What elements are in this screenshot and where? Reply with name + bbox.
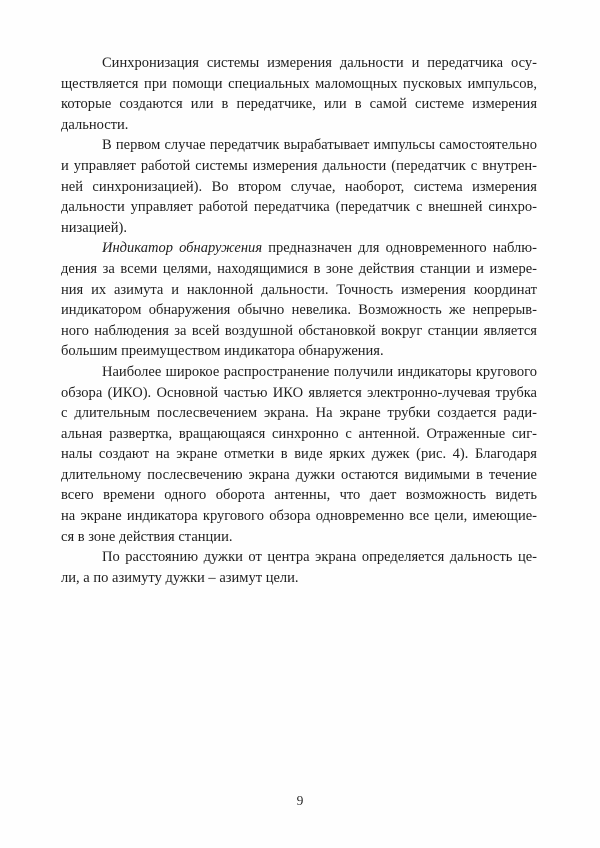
paragraph-synchronization: Синхронизация системы измерения дальност… <box>61 53 537 135</box>
text-line: По расстоянию дужки от центра экрана опр… <box>61 547 537 568</box>
text-line: с длительным послесвечением экрана. На э… <box>61 403 537 424</box>
text-line: на экране индикатора кругового обзора од… <box>61 506 537 527</box>
text-line: длительному послесвечению экрана дужки о… <box>61 465 537 486</box>
text-line: альная развертка, вращающаяся синхронно … <box>61 424 537 445</box>
document-page: Синхронизация системы измерения дальност… <box>0 0 600 848</box>
text-line: Синхронизация системы измерения дальност… <box>61 53 537 74</box>
text-run: предназначен для одновременного наблю- <box>262 240 537 256</box>
text-line: дальности. <box>61 115 537 136</box>
text-line: большим преимуществом индикатора обнаруж… <box>61 341 537 362</box>
text-line: и управляет работой системы измерения да… <box>61 156 537 177</box>
text-line: Индикатор обнаружения предназначен для о… <box>61 238 537 259</box>
page-number: 9 <box>0 793 600 809</box>
text-line: ней синхронизацией). Во втором случае, н… <box>61 177 537 198</box>
text-line: ществляется при помощи специальных малом… <box>61 74 537 95</box>
text-line: низацией). <box>61 218 537 239</box>
text-line: Наиболее широкое распространение получил… <box>61 362 537 383</box>
text-line: обзора (ИКО). Основной частью ИКО являет… <box>61 383 537 404</box>
paragraph-detection-indicator: Индикатор обнаружения предназначен для о… <box>61 238 537 362</box>
text-line: всего времени одного оборота антенны, чт… <box>61 485 537 506</box>
text-line: В первом случае передатчик вырабатывает … <box>61 135 537 156</box>
text-block: Синхронизация системы измерения дальност… <box>61 53 537 588</box>
term-emphasis: Индикатор обнаружения <box>102 240 262 256</box>
text-line: дальности управляет работой передатчика … <box>61 197 537 218</box>
text-line: ся в зоне действия станции. <box>61 527 537 548</box>
text-line: ли, а по азимуту дужки – азимут цели. <box>61 568 537 589</box>
text-line: ния их азимута и наклонной дальности. То… <box>61 280 537 301</box>
text-line: дения за всеми целями, находящимися в зо… <box>61 259 537 280</box>
text-line: индикатором обнаружения обычно невелика.… <box>61 300 537 321</box>
text-line: налы создают на экране отметки в виде яр… <box>61 444 537 465</box>
paragraph-iko: Наиболее широкое распространение получил… <box>61 362 537 547</box>
paragraph-internal-external-sync: В первом случае передатчик вырабатывает … <box>61 135 537 238</box>
text-line: которые создаются или в передатчике, или… <box>61 94 537 115</box>
text-line: ного наблюдения за всей воздушной обстан… <box>61 321 537 342</box>
paragraph-range-azimuth: По расстоянию дужки от центра экрана опр… <box>61 547 537 588</box>
